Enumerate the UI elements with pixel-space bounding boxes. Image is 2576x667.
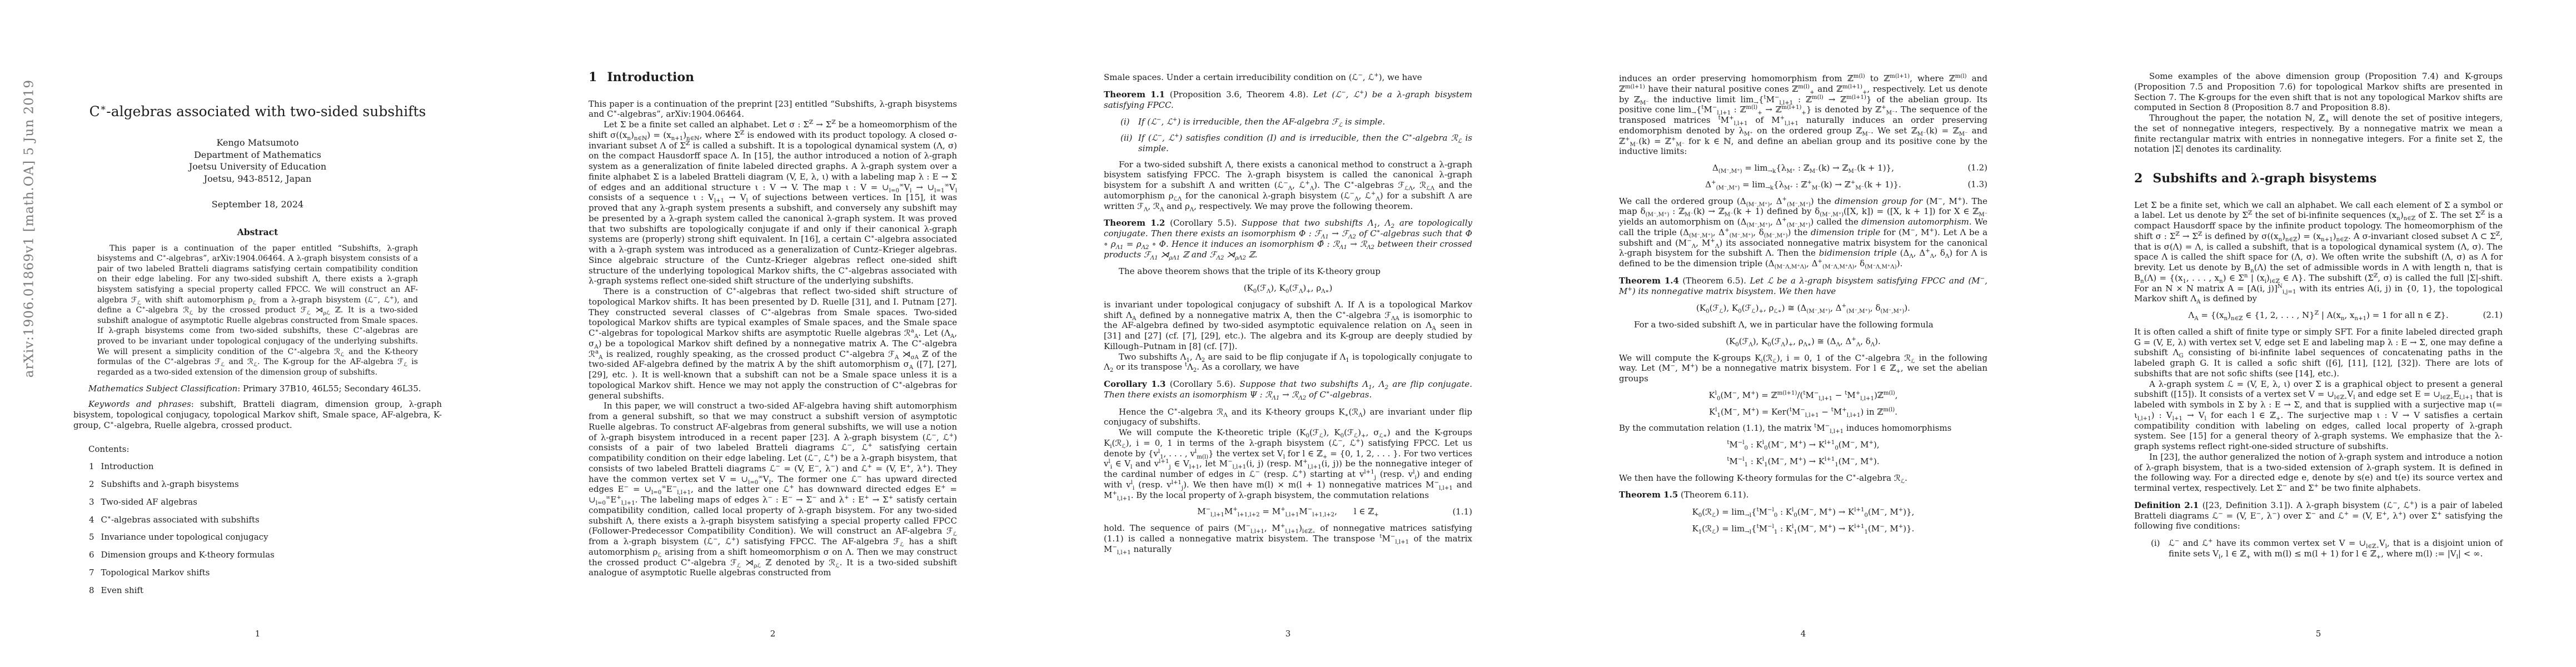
paragraph: There is a construction of C∗-algebras t… <box>589 286 957 401</box>
equation: tM−l1 : Kl1(M−, M+) → Kl+11(M−, M+). <box>1619 456 1987 467</box>
theorem: Theorem 1.4 (Theorem 6.5). Let ℒ be a λ-… <box>1619 276 1987 297</box>
contents-heading: Contents: <box>73 444 442 455</box>
page-number: 5 <box>2061 629 2576 639</box>
author-line: Kengo Matsumoto <box>73 137 442 149</box>
document-strip: arXiv:1906.01869v1 [math.OA] 5 Jun 2019 … <box>0 0 2576 667</box>
equation: ΛA = {(xn)n∈ℤ ∈ {1, 2, . . . , N}ℤ | A(x… <box>2134 310 2503 321</box>
paragraph: The above theorem shows that the triple … <box>1104 266 1472 277</box>
author-line: September 18, 2024 <box>73 198 442 211</box>
toc-item: 7Topological Markov shifts <box>73 568 442 578</box>
page-5: Some examples of the above dimension gro… <box>2061 0 2576 667</box>
page-number: 3 <box>1030 629 1546 639</box>
theorem: Definition 2.1 ([23, Definition 3.1]). A… <box>2134 500 2503 531</box>
theorem: Theorem 1.2 (Corollary 5.5). Suppose tha… <box>1104 218 1472 260</box>
abstract-text: This paper is a continuation of the pape… <box>97 243 418 378</box>
paragraph: For a two-sided subshift Λ, we in partic… <box>1619 320 1987 330</box>
toc-item: 4C∗-algebras associated with subshifts <box>73 515 442 525</box>
page-5-content: Some examples of the above dimension gro… <box>2134 71 2503 559</box>
paragraph: Let Σ be a finite set, which we call an … <box>2134 200 2503 305</box>
page-number: 4 <box>1546 629 2061 639</box>
author-line: Joetsu, 943-8512, Japan <box>73 173 442 185</box>
page-4: induces an order preserving homomorphism… <box>1546 0 2061 667</box>
paragraph: In this paper, we will construct a two-s… <box>589 401 957 578</box>
paper-title: C∗-algebras associated with two-sided su… <box>73 103 442 120</box>
page-number: 2 <box>515 629 1030 639</box>
paragraph: We will compute the K-groups Ki(ℛℒ), i =… <box>1619 353 1987 384</box>
toc-item: 1Introduction <box>73 461 442 472</box>
author-line: Joetsu University of Education <box>73 161 442 173</box>
equation: (K0(ℱΛ), K0(ℱΛ)+, ρΛ∗) <box>1104 283 1472 293</box>
paragraph: We then have the following K-theory form… <box>1619 473 1987 484</box>
abstract-heading: Abstract <box>73 227 442 237</box>
page-3-content: Smale spaces. Under a certain irreducibi… <box>1104 72 1472 554</box>
page-number: 1 <box>0 629 515 639</box>
paragraph: Some examples of the above dimension gro… <box>2134 71 2503 113</box>
page-1-content: C∗-algebras associated with two-sided su… <box>73 103 442 595</box>
equation: (K0(ℱΛ), K0(ℱΛ)+, ρΛ∗) ≅ (ΔΛ, Δ+Λ, δΛ). <box>1619 336 1987 347</box>
paragraph: is invariant under topological conjugacy… <box>1104 300 1472 352</box>
paragraph: induces an order preserving homomorphism… <box>1619 73 1987 157</box>
paragraph: A λ-graph system ℒ = (V, E, λ, ι) over Σ… <box>2134 379 2503 452</box>
theorem: Corollary 1.3 (Corollary 5.6). Suppose t… <box>1104 379 1472 400</box>
meta-line: Mathematics Subject Classification: Prim… <box>73 384 442 394</box>
equation: Kl0(M−, M+) = ℤm(l+1)/(tM−l,l+1 − tM+l,l… <box>1619 390 1987 401</box>
toc-item: 8Even shift <box>73 585 442 596</box>
equation: M−l,l+1M+l+1,l+2 = M+l,l+1M−l+1,l+2, l ∈… <box>1104 506 1472 517</box>
paragraph: Two subshifts Λ1, Λ2 are said to be flip… <box>1104 352 1472 373</box>
author-line: Department of Mathematics <box>73 149 442 161</box>
list-item: (i)If (ℒ−, ℒ+) is irreducible, then the … <box>1104 117 1472 127</box>
paragraph: hold. The sequence of pairs (M−l,l+1, M+… <box>1104 523 1472 554</box>
paragraph: This paper is a continuation of the prep… <box>589 99 957 120</box>
toc-item: 2Subshifts and λ-graph bisystems <box>73 479 442 490</box>
paragraph: Throughout the paper, the notation ℕ, ℤ+… <box>2134 113 2503 155</box>
page-2: 1IntroductionThis paper is a continuatio… <box>515 0 1030 667</box>
meta-line: Keywords and phrases: subshift, Bratteli… <box>73 399 442 430</box>
theorem: Theorem 1.1 (Proposition 3.6, Theorem 4.… <box>1104 89 1472 111</box>
page-2-content: 1IntroductionThis paper is a continuatio… <box>589 70 957 578</box>
theorem: Theorem 1.5 (Theorem 6.11). <box>1619 490 1987 500</box>
equation: Δ(M⁻,M⁺) = lim→k{λM⁺ : ℤM⁻(k) → ℤM⁻(k + … <box>1619 163 1987 173</box>
page-4-content: induces an order preserving homomorphism… <box>1619 73 1987 534</box>
equation: Δ+(M⁻,M⁺) = lim→k{λM⁺ : ℤ+M⁻(k) → ℤ+M⁻(k… <box>1619 180 1987 190</box>
paragraph: We will compute the K-theoretic triple (… <box>1104 427 1472 500</box>
paragraph: We call the ordered group (Δ(M⁻,M⁺), Δ+(… <box>1619 196 1987 269</box>
paragraph: Let Σ be a finite set called an alphabet… <box>589 120 957 286</box>
page-1: arXiv:1906.01869v1 [math.OA] 5 Jun 2019 … <box>0 0 515 667</box>
equation: K1(ℛℒ) = lim→l{tM−l1 : Kl1(M−, M+) → Kl+… <box>1619 524 1987 534</box>
list-item: (i)ℒ− and ℒ+ have its common vertex set … <box>2134 538 2503 559</box>
equation: (K0(ℱℒ), K0(ℱℒ)+, ρℒ∗) ≅ (Δ(M⁻,M⁺), Δ+(M… <box>1619 303 1987 313</box>
paragraph: Smale spaces. Under a certain irreducibi… <box>1104 72 1472 83</box>
equation: K0(ℛℒ) = lim→l{tM−l0 : Kl0(M−, M+) → Kl+… <box>1619 507 1987 517</box>
page-3: Smale spaces. Under a certain irreducibi… <box>1030 0 1546 667</box>
equation: tM−l0 : Kl0(M−, M+) → Kl+10(M−, M+), <box>1619 440 1987 450</box>
toc-item: 5Invariance under topological conjugacy <box>73 532 442 542</box>
paragraph: By the commutation relation (1.1), the m… <box>1619 423 1987 434</box>
list-item: (ii)If (ℒ−, ℒ+) satisfies condition (I) … <box>1104 133 1472 154</box>
equation: Kl1(M−, M+) = Ker(tM−l,l+1 − tM+l,l+1) i… <box>1619 407 1987 417</box>
section-heading: 2Subshifts and λ-graph bisystems <box>2134 171 2503 187</box>
arxiv-watermark: arXiv:1906.01869v1 [math.OA] 5 Jun 2019 <box>22 99 38 377</box>
paragraph: For a two-sided subshift Λ, there exists… <box>1104 160 1472 212</box>
toc-item: 6Dimension groups and K-theory formulas <box>73 550 442 560</box>
toc-item: 3Two-sided AF algebras <box>73 497 442 507</box>
paragraph: It is often called a shift of finite typ… <box>2134 327 2503 379</box>
paragraph: Hence the C∗-algebra ℛΛ and its K-theory… <box>1104 407 1472 428</box>
paragraph: In [23], the author generalized the noti… <box>2134 452 2503 494</box>
section-heading: 1Introduction <box>589 70 957 86</box>
